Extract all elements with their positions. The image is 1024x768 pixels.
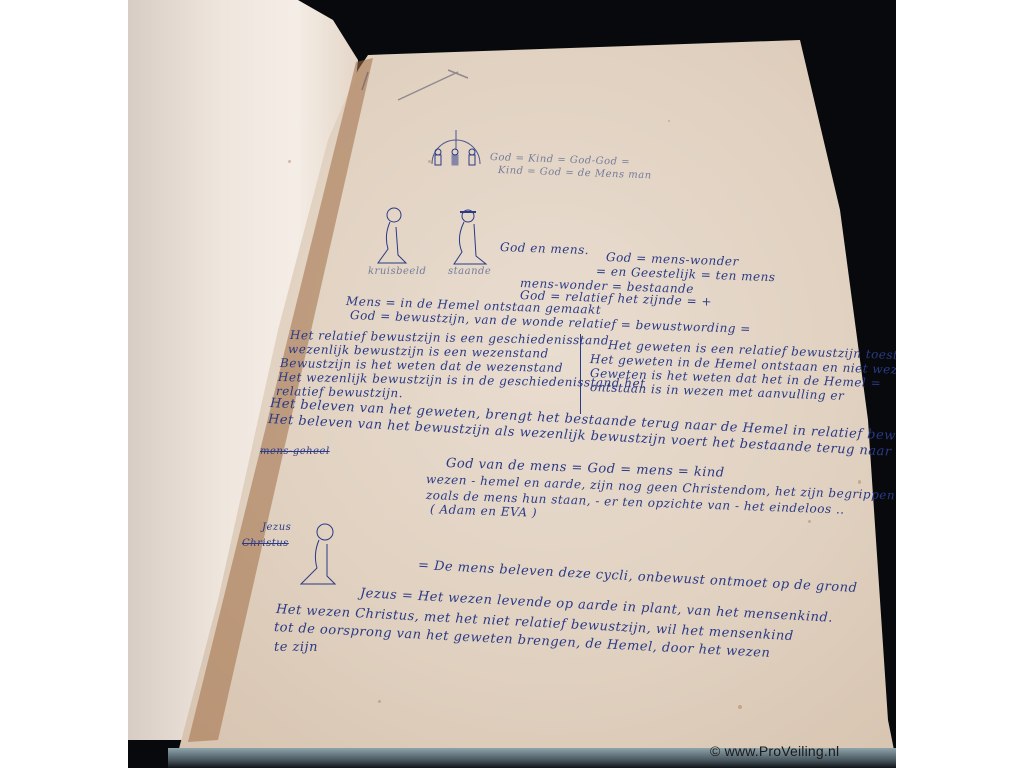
figure-label-kneeling: kruisbeeld [368, 266, 426, 277]
standing-figure-sketch-icon [446, 208, 496, 275]
block-3-line: te zijn [274, 640, 318, 655]
paper-speck [378, 700, 381, 703]
notebook-photo: God = Kind = God-God = Kind = God = de M… [128, 0, 896, 768]
paper-speck [738, 705, 742, 709]
paper-speck [288, 160, 291, 163]
margin-note-crossed: mens-geheel [260, 446, 330, 457]
kneeling-figure-sketch-icon [366, 205, 416, 275]
margin-note-jezus: Jezus [262, 522, 291, 533]
paper-speck [858, 480, 861, 484]
paper-speck [668, 120, 670, 122]
paper-speck [808, 520, 811, 523]
faint-pencil-marks [358, 62, 478, 127]
kneeling-figure-sketch-icon [293, 520, 343, 595]
figure-label-standing: staande [448, 266, 491, 277]
column-divider [580, 334, 581, 414]
margin-note-christus: Christus [242, 538, 289, 549]
watermark: © www.ProVeiling.nl [710, 743, 839, 759]
three-figures-sketch-icon [426, 128, 486, 178]
